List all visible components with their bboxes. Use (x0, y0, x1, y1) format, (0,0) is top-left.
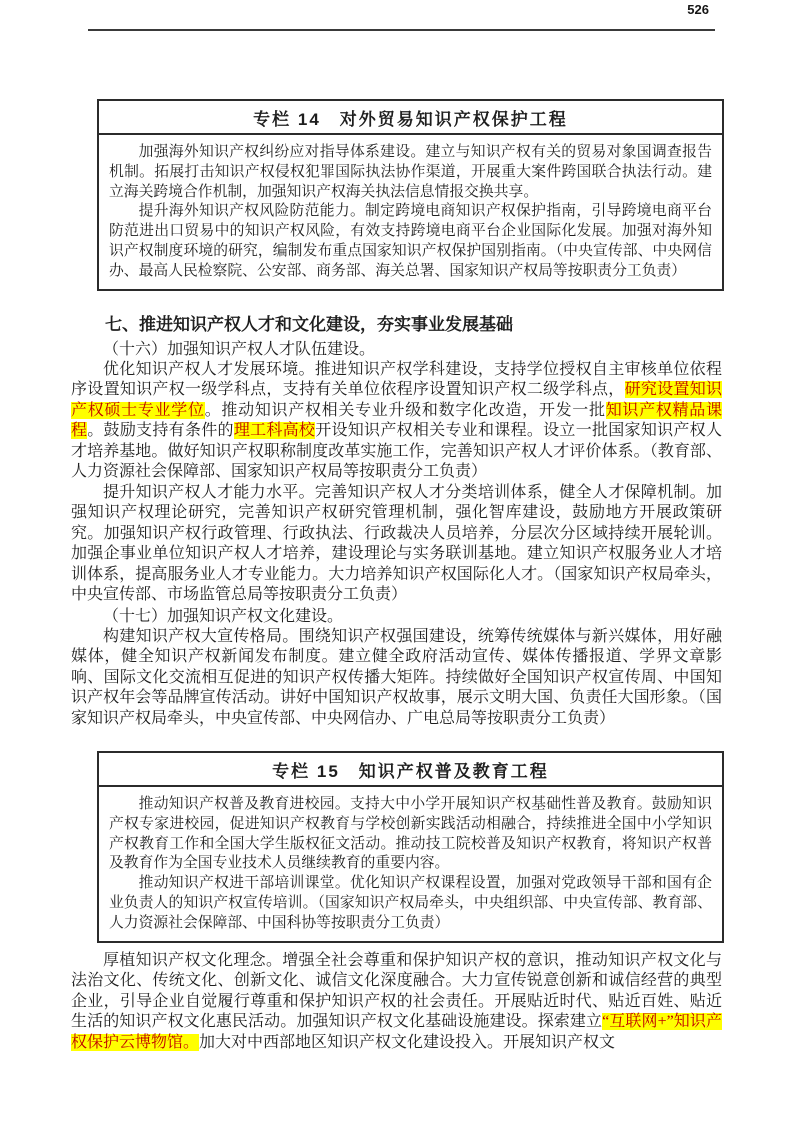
box-15: 专栏 15 知识产权普及教育工程 推动知识产权普及教育进校园。支持大中小学开展知… (97, 751, 724, 943)
box-15-paragraph-2: 推动知识产权进干部培训课堂。优化知识产权课程设置，加强对党政领导干部和国有企业负… (109, 874, 712, 933)
highlighted-text: 理工科高校 (234, 422, 315, 439)
box-15-title: 专栏 15 知识产权普及教育工程 (99, 753, 722, 787)
text-segment: 推动知识产权进干部培训课堂。 (139, 875, 350, 891)
page-content: 专栏 14 对外贸易知识产权保护工程 加强海外知识产权纠纷应对指导体系建设。建立… (71, 0, 722, 1053)
text-segment: 。推动知识产权相关专业升级和数字化改造，开发一批 (205, 402, 606, 419)
subsection-16-heading: （十六）加强知识产权人才队伍建设。 (71, 339, 722, 360)
subsection-17-heading: （十七）加强知识产权文化建设。 (71, 606, 722, 627)
text-segment: 。鼓励支持有条件的 (87, 422, 234, 439)
box-14: 专栏 14 对外贸易知识产权保护工程 加强海外知识产权纠纷应对指导体系建设。建立… (97, 99, 724, 291)
box-14-body: 加强海外知识产权纠纷应对指导体系建设。建立与知识产权有关的贸易对象国调查报告机制… (99, 135, 722, 289)
box-15-paragraph-1: 推动知识产权普及教育进校园。支持大中小学开展知识产权基础性普及教育。鼓励知识产权… (109, 795, 712, 874)
box-14-title: 专栏 14 对外贸易知识产权保护工程 (99, 101, 722, 135)
text-segment: 提升知识产权人才能力水平。 (103, 484, 315, 501)
section-heading: 七、推进知识产权人才和文化建设，夯实事业发展基础 (71, 313, 722, 337)
box-14-paragraph-2: 提升海外知识产权风险防范能力。制定跨境电商知识产权保护指南，引导跨境电商平台防范… (109, 202, 712, 281)
paragraph-talent-ability: 提升知识产权人才能力水平。完善知识产权人才分类培训体系，健全人才保障机制。加强知… (71, 483, 722, 606)
text-segment: 提升海外知识产权风险防范能力。 (139, 203, 365, 219)
box-15-body: 推动知识产权普及教育进校园。支持大中小学开展知识产权基础性普及教育。鼓励知识产权… (99, 787, 722, 941)
paragraph-culture-concept: 厚植知识产权文化理念。增强全社会尊重和保护知识产权的意识，推动知识产权文化与法治… (71, 951, 722, 1054)
box-14-paragraph-1: 加强海外知识产权纠纷应对指导体系建设。建立与知识产权有关的贸易对象国调查报告机制… (109, 143, 712, 202)
text-segment: 推动知识产权普及教育进校园。 (139, 796, 350, 812)
text-segment: 加大对中西部地区知识产权文化建设投入。开展知识产权文 (199, 1034, 615, 1051)
paragraph-culture-promotion: 构建知识产权大宣传格局。围绕知识产权强国建设，统筹传统媒体与新兴媒体，用好融媒体… (71, 627, 722, 730)
text-segment: 构建知识产权大宣传格局。 (103, 628, 299, 645)
text-segment: 厚植知识产权文化理念。 (103, 952, 282, 969)
paragraph-talent-environment: 优化知识产权人才发展环境。推进知识产权学科建设，支持学位授权自主审核单位依程序设… (71, 360, 722, 483)
text-segment: 加强海外知识产权纠纷应对指导体系建设。 (139, 144, 426, 160)
text-segment: 优化知识产权人才发展环境。 (103, 361, 315, 378)
